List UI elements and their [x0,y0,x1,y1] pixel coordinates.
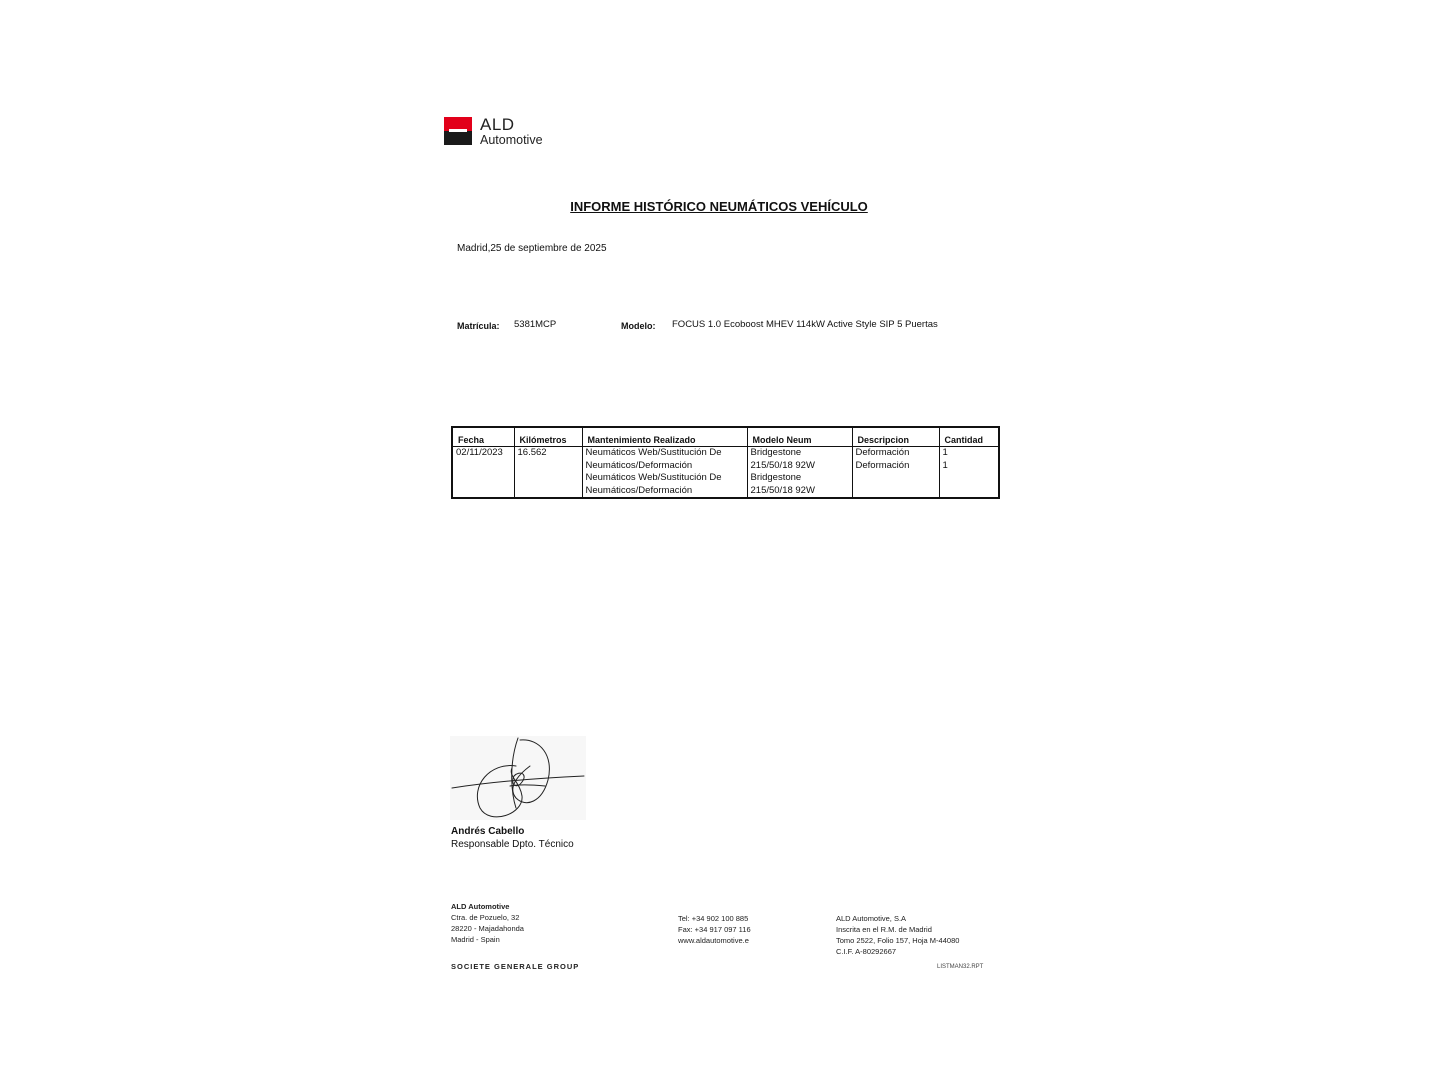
plate-label: Matrícula: [457,321,500,331]
footer-address-line: Madrid - Spain [451,934,524,945]
footer-legal-line: C.I.F. A-80292667 [836,946,959,957]
mantenimiento-line: Neumáticos Web/Sustitución De [586,447,747,460]
cell-modelo-neum: Bridgestone 215/50/18 92W Bridgestone 21… [747,447,852,499]
logo-brand-line1: ALD [480,116,543,133]
footer-website: www.aldautomotive.e [678,935,751,946]
brand-mark-icon [444,117,472,145]
header-descripcion: Descripcion [852,427,939,447]
header-modelo-neum: Modelo Neum [747,427,852,447]
footer-phone: Tel: +34 902 100 885 [678,913,751,924]
modelo-line: 215/50/18 92W [751,460,852,473]
ald-automotive-logo: ALD Automotive [444,116,543,147]
mantenimiento-line: Neumáticos/Deformación [586,485,747,498]
footer-fax: Fax: +34 917 097 116 [678,924,751,935]
descripcion-line: Deformación [856,460,939,473]
report-code: LISTMAN32.RPT [937,964,983,970]
footer-address: ALD Automotive Ctra. de Pozuelo, 32 2822… [451,901,524,945]
cell-fecha: 02/11/2023 [452,447,514,499]
cantidad-line: 1 [943,447,999,460]
footer-address-line: Ctra. de Pozuelo, 32 [451,912,524,923]
footer-legal: ALD Automotive, S.A Inscrita en el R.M. … [836,913,959,957]
footer-contact: Tel: +34 902 100 885 Fax: +34 917 097 11… [678,913,751,946]
modelo-line: 215/50/18 92W [751,485,852,498]
footer-legal-line: Inscrita en el R.M. de Madrid [836,924,959,935]
model-label: Modelo: [621,321,656,331]
document-title: INFORME HISTÓRICO NEUMÁTICOS VEHÍCULO [0,199,1440,214]
cell-descripcion: Deformación Deformación [852,447,939,499]
mantenimiento-line: Neumáticos/Deformación [586,460,747,473]
tyre-history-table: Fecha Kilómetros Mantenimiento Realizado… [451,426,1000,499]
header-mantenimiento: Mantenimiento Realizado [582,427,747,447]
table-row: 02/11/2023 16.562 Neumáticos Web/Sustitu… [452,447,999,499]
signer-name: Andrés Cabello [451,826,524,837]
logo-brand-line2: Automotive [480,134,543,147]
header-cantidad: Cantidad [939,427,999,447]
cell-mantenimiento: Neumáticos Web/Sustitución De Neumáticos… [582,447,747,499]
header-kilometros: Kilómetros [514,427,582,447]
model-value: FOCUS 1.0 Ecoboost MHEV 114kW Active Sty… [672,319,938,330]
footer-legal-line: ALD Automotive, S.A [836,913,959,924]
modelo-line: Bridgestone [751,447,852,460]
modelo-line: Bridgestone [751,472,852,485]
signature-image [450,736,586,820]
footer-legal-line: Tomo 2522, Folio 157, Hoja M-44080 [836,935,959,946]
header-fecha: Fecha [452,427,514,447]
group-wordmark: SOCIETE GENERALE GROUP [451,962,579,971]
plate-value: 5381MCP [514,319,556,330]
signature-scribble-icon [450,736,586,820]
document-date: Madrid,25 de septiembre de 2025 [457,243,607,254]
footer-company: ALD Automotive [451,901,524,912]
cantidad-line: 1 [943,460,999,473]
descripcion-line: Deformación [856,447,939,460]
mantenimiento-line: Neumáticos Web/Sustitución De [586,472,747,485]
cell-cantidad: 1 1 [939,447,999,499]
cell-kilometros: 16.562 [514,447,582,499]
signer-role: Responsable Dpto. Técnico [451,839,574,850]
footer-address-line: 28220 - Majadahonda [451,923,524,934]
table-header-row: Fecha Kilómetros Mantenimiento Realizado… [452,427,999,447]
